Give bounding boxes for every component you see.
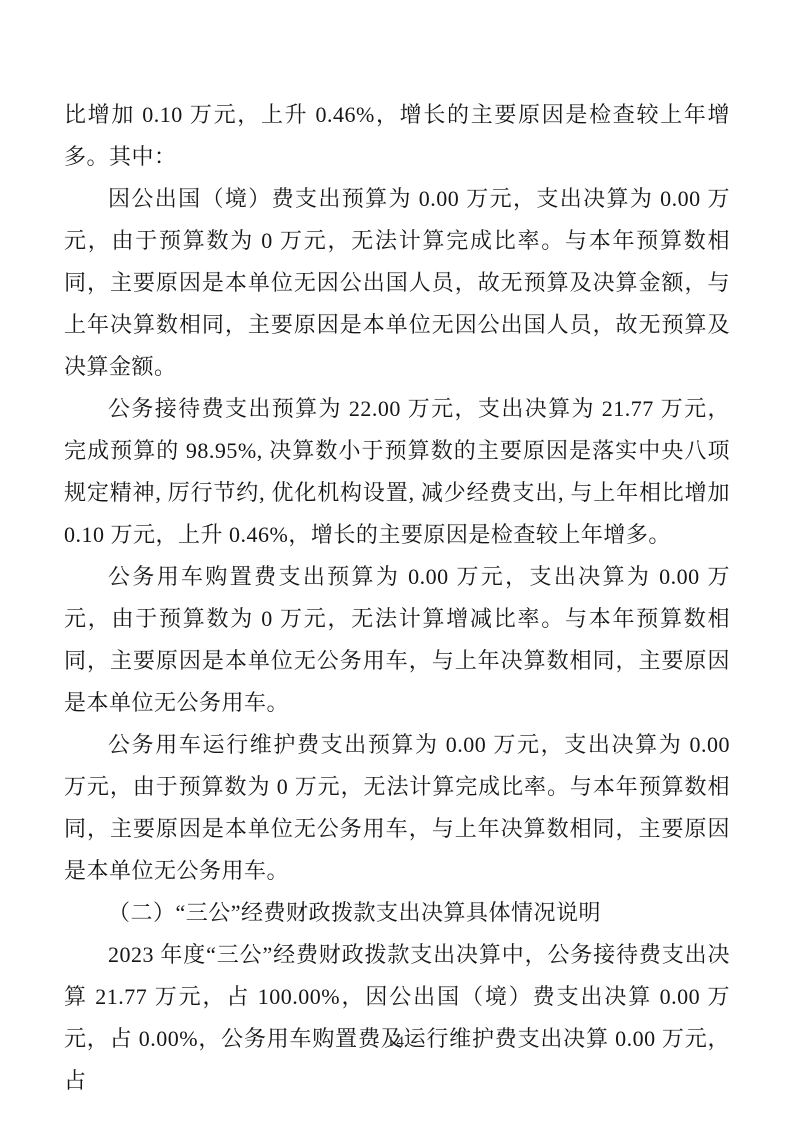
paragraph-vehicle-purchase-expense: 公务用车购置费支出预算为 0.00 万元，支出决算为 0.00 万元，由于预算数… <box>64 556 730 724</box>
section-heading-two: （二）“三公”经费财政拨款支出决算具体情况说明 <box>64 892 730 934</box>
paragraph-2023-summary: 2023 年度“三公”经费财政拨款支出决算中，公务接待费支出决算 21.77 万… <box>64 934 730 1102</box>
page-number: - 14 - <box>374 1034 419 1050</box>
paragraph-continuation: 比增加 0.10 万元，上升 0.46%，增长的主要原因是检查较上年增多。其中： <box>64 94 730 178</box>
document-page: 比增加 0.10 万元，上升 0.46%，增长的主要原因是检查较上年增多。其中：… <box>0 0 793 1122</box>
document-body: 比增加 0.10 万元，上升 0.46%，增长的主要原因是检查较上年增多。其中：… <box>64 94 730 1102</box>
paragraph-reception-expense: 公务接待费支出预算为 22.00 万元，支出决算为 21.77 万元，完成预算的… <box>64 388 730 556</box>
page-footer: - 14 - <box>0 1032 793 1052</box>
paragraph-vehicle-maintenance-expense: 公务用车运行维护费支出预算为 0.00 万元，支出决算为 0.00 万元，由于预… <box>64 724 730 892</box>
paragraph-abroad-expense: 因公出国（境）费支出预算为 0.00 万元，支出决算为 0.00 万元，由于预算… <box>64 178 730 388</box>
